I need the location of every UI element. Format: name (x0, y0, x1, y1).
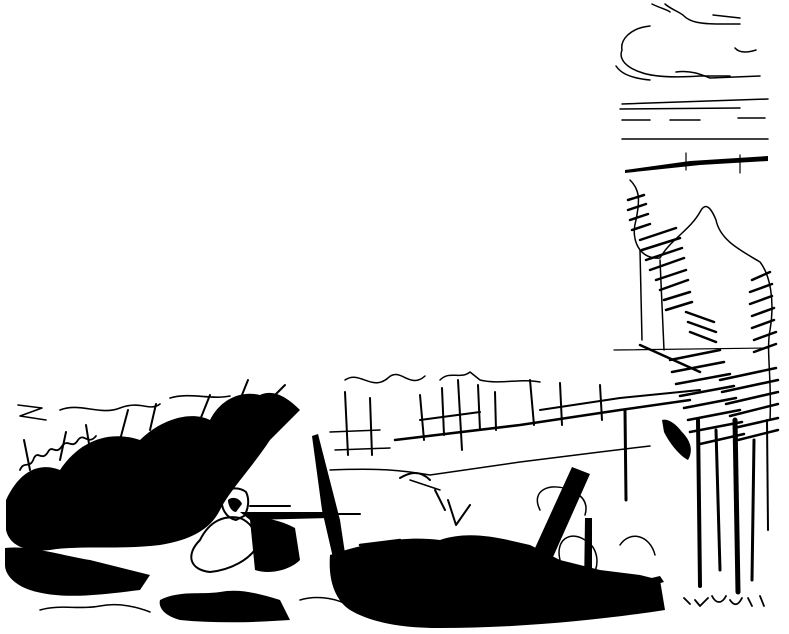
wreckage (330, 473, 665, 628)
barbed-wire-field (330, 372, 700, 490)
horizon-lines (620, 99, 768, 173)
rifle (240, 506, 360, 520)
tree-stand (614, 180, 778, 592)
sky-clouds (616, 4, 760, 80)
illustration (0, 0, 789, 634)
